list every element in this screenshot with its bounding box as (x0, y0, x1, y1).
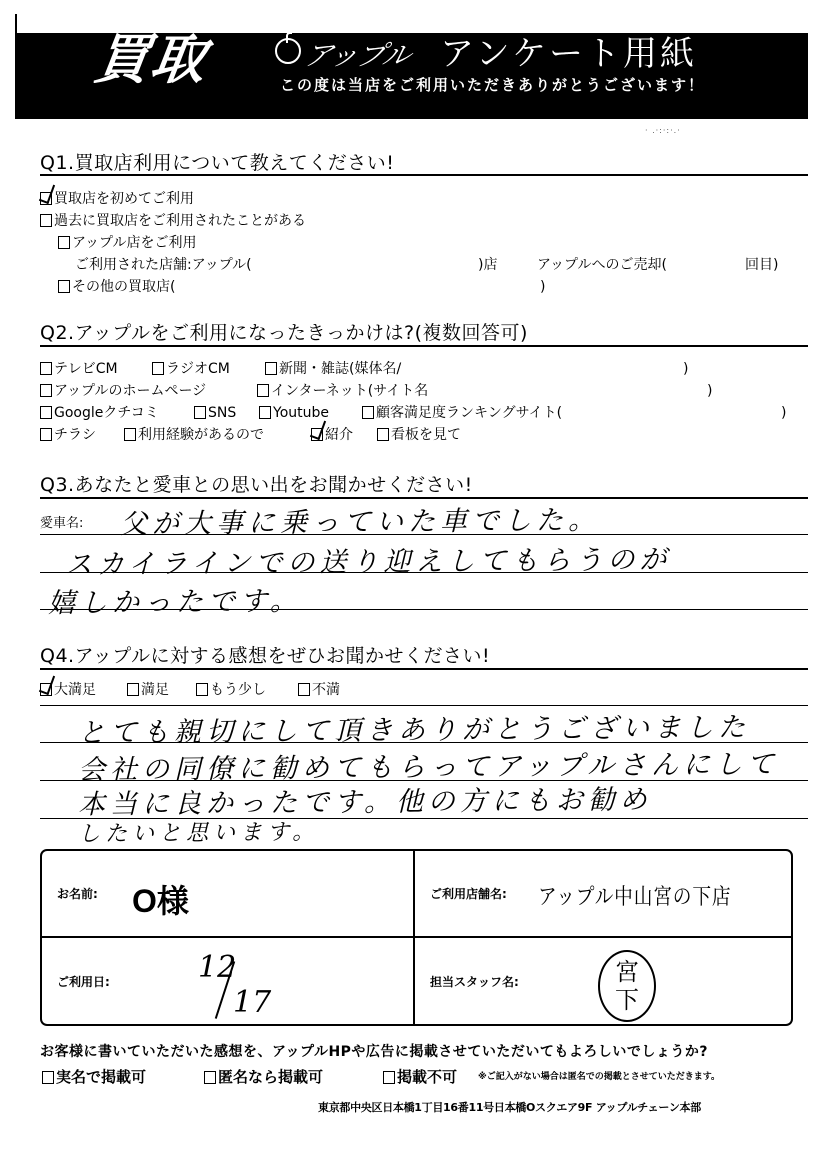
q4-option-satisfied[interactable]: 満足 (127, 681, 169, 699)
q1-other-close: ) (540, 278, 545, 296)
option-label: 過去に買取店をご利用されたことがある (54, 213, 306, 229)
q1-option-other-store[interactable]: その他の買取店( (58, 278, 175, 296)
q3-title: Q3.あなたと愛車との思い出をお聞かせください! (40, 470, 473, 497)
q4-title: Q4.アップルに対する感想をぜひお聞かせください! (40, 641, 490, 668)
staff-stamp: 宮 下 (598, 950, 656, 1022)
option-label: 新聞・雑誌(媒体名/ (279, 361, 401, 377)
checkbox[interactable] (196, 683, 208, 696)
brand-name: アップル (301, 34, 414, 74)
info-divider-horizontal (40, 936, 793, 938)
checkbox[interactable] (265, 362, 277, 375)
q4-answer-line-4: したいと思います。 (78, 815, 320, 848)
apple-logo-icon (275, 38, 301, 64)
checkbox[interactable] (152, 362, 164, 375)
q2-ranking-close: ) (781, 404, 786, 422)
checkbox[interactable] (383, 1071, 395, 1084)
q2-option-flyer[interactable]: チラシ (40, 426, 96, 444)
q4-option-dissatisfied[interactable]: 不満 (298, 681, 340, 699)
q2-option-tv-cm[interactable]: テレビCM (40, 360, 118, 378)
hq-address: 東京都中央区日本橋1丁目16番11号日本橋Oスクエア9F アップルチェーン本部 (318, 1099, 701, 1115)
q1-rule (40, 174, 808, 176)
checkbox[interactable] (257, 384, 269, 397)
q1-title: Q1.買取店利用について教えてください! (40, 148, 394, 175)
option-label: 不満 (312, 682, 340, 698)
checkbox[interactable] (127, 683, 139, 696)
q2-newspaper-close: ) (683, 360, 688, 378)
q1-option-apple-store[interactable]: アップル店をご利用 (58, 234, 196, 252)
consent-option-anonymous[interactable]: 匿名なら掲載可 (204, 1066, 323, 1087)
option-label: もう少し (210, 682, 266, 698)
option-label: SNS (208, 405, 236, 421)
checkbox[interactable] (58, 280, 70, 293)
date-label: ご利用日: (57, 973, 110, 990)
stamp-char-top: 宮 (615, 958, 639, 986)
option-label: チラシ (54, 427, 96, 443)
writing-line (40, 534, 808, 535)
q1-store-suffix: )店 (478, 256, 497, 274)
staff-label: 担当スタッフ名: (430, 973, 519, 990)
writing-line (40, 572, 808, 573)
q2-option-radio-cm[interactable]: ラジオCM (152, 360, 230, 378)
option-label: その他の買取店( (72, 279, 175, 295)
store-label: ご利用店舗名: (430, 885, 507, 902)
checkbox[interactable] (40, 214, 52, 227)
checkbox[interactable] (58, 236, 70, 249)
form-subtitle: この度は当店をご利用いただきありがとうございます！ (280, 74, 705, 95)
store-name: アップル中山宮の下店 (538, 880, 731, 911)
option-label: 利用経験があるので (138, 427, 264, 443)
q1-sale-count-label: アップルへのご売却( (537, 256, 667, 274)
checkbox[interactable] (194, 406, 206, 419)
q1-option-first-time[interactable]: 買取店を初めてご利用 (40, 190, 194, 208)
q2-title: Q2.アップルをご利用になったきっかけは?(複数回答可) (40, 318, 528, 345)
q1-sale-count-suffix: 回目) (745, 256, 778, 274)
q2-rule (40, 345, 808, 347)
option-label: テレビCM (54, 361, 118, 377)
checkbox[interactable] (42, 1071, 54, 1084)
q2-option-sns[interactable]: SNS (194, 404, 236, 422)
option-label: 匿名なら掲載可 (218, 1068, 323, 1086)
checkbox[interactable] (362, 406, 374, 419)
scan-noise: · .·:·:·.· (645, 126, 681, 135)
car-name-label: 愛車名: (40, 512, 83, 531)
q2-option-ranking-site[interactable]: 顧客満足度ランキングサイト( (362, 404, 562, 422)
q2-option-internet[interactable]: インターネット(サイト名 (257, 382, 428, 400)
writing-line (40, 609, 808, 610)
checkbox[interactable] (40, 362, 52, 375)
scan-edge-mark (15, 14, 17, 34)
option-label: 実名で掲載可 (56, 1068, 146, 1086)
date-day: 17 (233, 985, 271, 1020)
q4-option-somewhat[interactable]: もう少し (196, 681, 266, 699)
checkbox[interactable] (259, 406, 271, 419)
q2-option-prior-use[interactable]: 利用経験があるので (124, 426, 264, 444)
option-label: Googleクチコミ (54, 405, 159, 421)
q4-answer-line-3: 本当に良かったです。他の方にもお勧め (78, 777, 652, 821)
checkbox[interactable] (298, 683, 310, 696)
checkbox-checked[interactable] (311, 428, 323, 441)
q2-option-referral[interactable]: 紹介 (311, 426, 353, 444)
consent-option-no-publish[interactable]: 掲載不可 (383, 1066, 457, 1087)
form-title: アンケート用紙 (440, 34, 697, 74)
checkbox[interactable] (40, 384, 52, 397)
option-label: 看板を見て (391, 427, 461, 443)
option-label: 大満足 (54, 682, 96, 698)
option-label: インターネット(サイト名 (271, 383, 428, 399)
checkbox[interactable] (377, 428, 389, 441)
q1-option-used-before[interactable]: 過去に買取店をご利用されたことがある (40, 212, 306, 230)
option-label: 掲載不可 (397, 1068, 457, 1086)
checkbox[interactable] (124, 428, 136, 441)
q2-option-homepage[interactable]: アップルのホームページ (40, 382, 206, 400)
q2-internet-close: ) (707, 382, 712, 400)
option-label: アップル店をご利用 (72, 235, 196, 251)
q3-answer-line-3: 嬉しかったです。 (48, 579, 302, 620)
consent-option-real-name[interactable]: 実名で掲載可 (42, 1066, 146, 1087)
q2-option-google-reviews[interactable]: Googleクチコミ (40, 404, 159, 422)
q4-rule (40, 668, 808, 670)
consent-note: ※ご記入がない場合は匿名での掲載とさせていただきます。 (478, 1069, 720, 1082)
customer-name: O様 (132, 876, 189, 922)
option-label: 紹介 (325, 427, 353, 443)
checkbox-checked[interactable] (40, 192, 52, 205)
checkbox[interactable] (40, 406, 52, 419)
q2-option-newspaper[interactable]: 新聞・雑誌(媒体名/ (265, 360, 401, 378)
checkbox[interactable] (204, 1071, 216, 1084)
stamp-char-bottom: 下 (615, 986, 639, 1014)
q1-store-used-label: ご利用された店舗:アップル( (75, 256, 252, 274)
option-label: 顧客満足度ランキングサイト( (376, 405, 562, 421)
name-label: お名前: (57, 885, 98, 902)
kaitori-logo: 買取 (91, 30, 211, 90)
checkbox[interactable] (40, 428, 52, 441)
option-label: アップルのホームページ (54, 383, 206, 399)
q3-answer-line-2: スカイラインでの送り迎えしてもらうのが (65, 537, 672, 581)
checkbox-checked[interactable] (40, 683, 52, 696)
option-label: 満足 (141, 682, 169, 698)
q2-option-signboard[interactable]: 看板を見て (377, 426, 461, 444)
publish-consent-question: お客様に書いていただいた感想を、アップルHPや広告に掲載させていただいてもよろし… (40, 1041, 708, 1061)
option-label: ラジオCM (166, 361, 230, 377)
option-label: 買取店を初めてご利用 (54, 191, 194, 207)
q4-option-very-satisfied[interactable]: 大満足 (40, 681, 96, 699)
